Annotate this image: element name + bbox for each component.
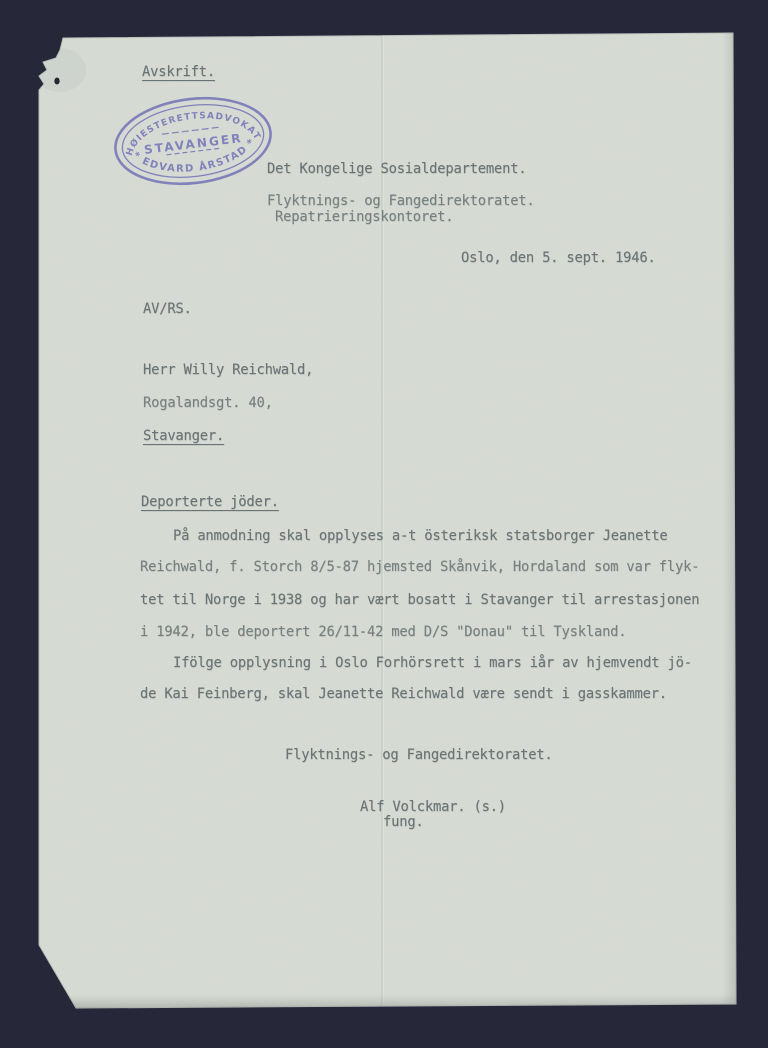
body-line: Reichwald, f. Storch 8/5-87 hjemsted Skå…	[140, 561, 699, 575]
attorney-oval-stamp: HØIESTERETTSADVOKAT STAVANGER * EDVARD Å…	[110, 93, 276, 189]
body-line: På anmodning skal opplyses a-t österiksk…	[173, 530, 668, 544]
sender-directorate: Flyktnings- og Fangedirektoratet.	[267, 195, 535, 209]
recipient-name: Herr Willy Reichwald,	[143, 364, 313, 378]
sender-office: Repatrieringskontoret.	[275, 211, 453, 225]
recipient-city: Stavanger.	[143, 430, 224, 444]
scanned-letter: HØIESTERETTSADVOKAT STAVANGER * EDVARD Å…	[0, 0, 768, 1048]
body-line: de Kai Feinberg, skal Jeanette Reichwald…	[140, 688, 667, 702]
reference-initials: AV/RS.	[143, 303, 192, 317]
recipient-street: Rogalandsgt. 40,	[143, 397, 273, 411]
closing-organization: Flyktnings- og Fangedirektoratet.	[285, 749, 553, 763]
body-line: tet til Norge i 1938 og har vært bosatt …	[140, 594, 699, 608]
subject-line: Deporterte jöder.	[141, 496, 279, 510]
sender-department: Det Kongelige Sosialdepartement.	[267, 163, 526, 177]
signature-title: fung.	[383, 816, 424, 830]
signature-name: Alf Volckmar. (s.)	[360, 801, 506, 815]
copy-label: Avskrift.	[142, 66, 215, 80]
body-line: i 1942, ble deportert 26/11-42 med D/S "…	[140, 626, 626, 640]
body-line: Ifölge opplysning i Oslo Forhörsrett i m…	[173, 657, 692, 671]
stamp-center-text: STAVANGER	[143, 131, 243, 157]
dateline: Oslo, den 5. sept. 1946.	[461, 252, 656, 266]
